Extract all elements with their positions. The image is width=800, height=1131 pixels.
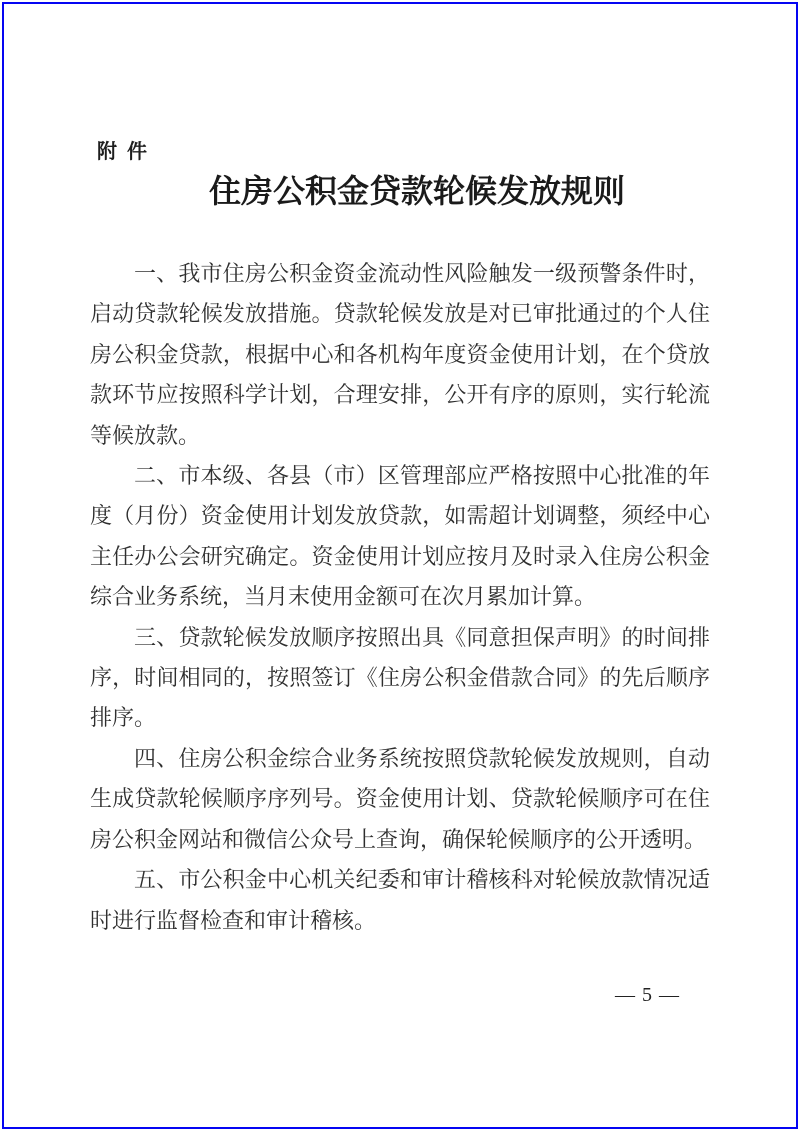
paragraph-3: 三、贷款轮候发放顺序按照出具《同意担保声明》的时间排序，时间相同的，按照签订《住…: [90, 618, 710, 739]
document-body: 一、我市住房公积金资金流动性风险触发一级预警条件时，启动贷款轮候发放措施。贷款轮…: [90, 254, 710, 941]
paragraph-4: 四、住房公积金综合业务系统按照贷款轮候发放规则，自动生成贷款轮候顺序序列号。资金…: [90, 739, 710, 860]
paragraph-2: 二、市本级、各县（市）区管理部应严格按照中心批准的年度（月份）资金使用计划发放贷…: [90, 456, 710, 618]
page-number: — 5 —: [615, 984, 680, 1006]
paragraph-1: 一、我市住房公积金资金流动性风险触发一级预警条件时，启动贷款轮候发放措施。贷款轮…: [90, 254, 710, 456]
document-title: 住房公积金贷款轮候发放规则: [90, 172, 710, 210]
attachment-label: 附 件: [97, 142, 710, 162]
page-content: 附 件 住房公积金贷款轮候发放规则 一、我市住房公积金资金流动性风险触发一级预警…: [0, 142, 800, 941]
document-page: 附 件 住房公积金贷款轮候发放规则 一、我市住房公积金资金流动性风险触发一级预警…: [0, 0, 800, 1131]
paragraph-5: 五、市公积金中心机关纪委和审计稽核科对轮候放款情况适时进行监督检查和审计稽核。: [90, 860, 710, 941]
